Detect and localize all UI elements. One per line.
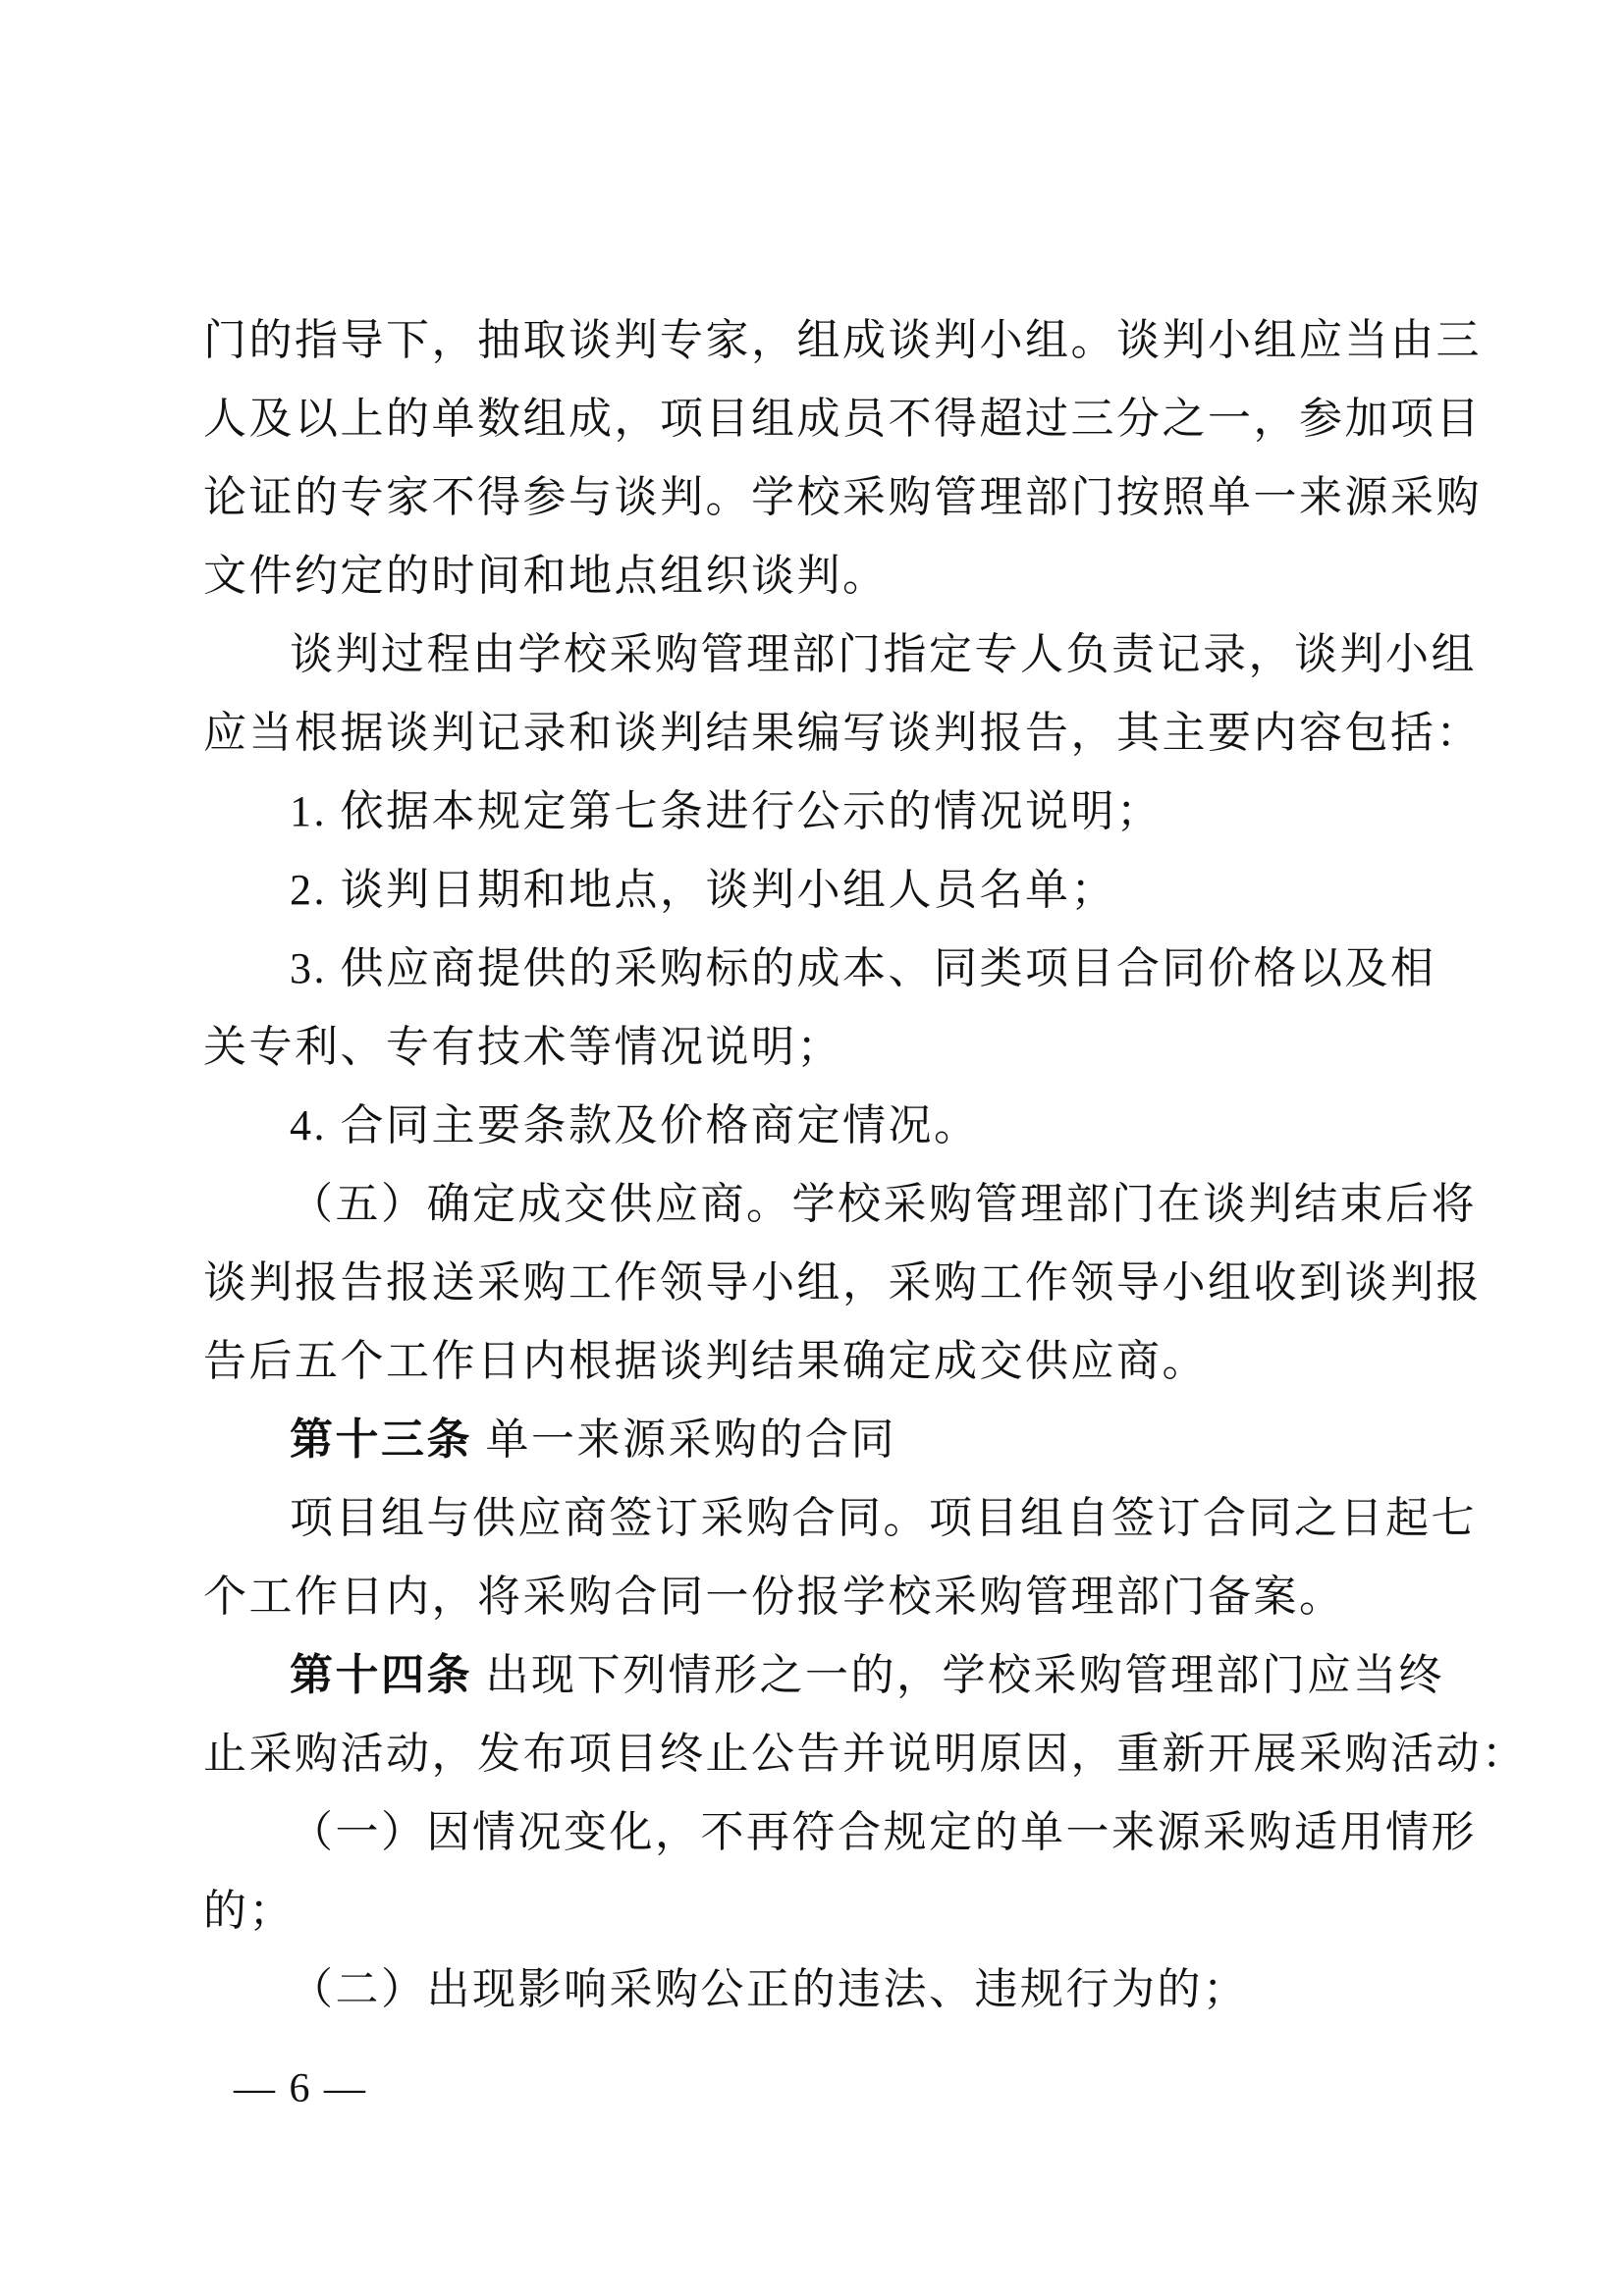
document-body: 门的指导下，抽取谈判专家，组成谈判小组。谈判小组应当由三 人及以上的单数组成，项… <box>203 301 1489 2029</box>
text-line: 项目组与供应商签订采购合同。项目组自签订合同之日起七 <box>203 1479 1489 1558</box>
text-line: 谈判过程由学校采购管理部门指定专人负责记录，谈判小组 <box>203 615 1489 694</box>
line-text: 止采购活动，发布项目终止公告并说明原因，重新开展采购活动： <box>203 1730 1528 1778</box>
text-line: （二）出现影响采购公正的违法、违规行为的； <box>203 1950 1489 2029</box>
line-text: 应当根据谈判记录和谈判结果编写谈判报告，其主要内容包括： <box>203 709 1482 757</box>
line-text: 1. 依据本规定第七条进行公示的情况说明； <box>290 787 1163 835</box>
text-line: 3. 供应商提供的采购标的成本、同类项目合同价格以及相 <box>203 930 1489 1008</box>
line-text: 谈判报告报送采购工作领导小组，采购工作领导小组收到谈判报 <box>203 1258 1482 1307</box>
text-line: 文件约定的时间和地点组织谈判。 <box>203 537 1489 615</box>
line-text: 单一来源采购的合同 <box>472 1415 896 1464</box>
line-text: （五）确定成交供应商。学校采购管理部门在谈判结束后将 <box>290 1180 1477 1228</box>
line-text: 2. 谈判日期和地点，谈判小组人员名单； <box>290 866 1116 914</box>
text-line: 个工作日内，将采购合同一份报学校采购管理部门备案。 <box>203 1558 1489 1636</box>
line-text: （二）出现影响采购公正的违法、违规行为的； <box>290 1965 1249 2013</box>
text-line: （一）因情况变化，不再符合规定的单一来源采购适用情形 <box>203 1793 1489 1872</box>
bold-term: 第十三条 <box>290 1415 472 1464</box>
text-line: 论证的专家不得参与谈判。学校采购管理部门按照单一来源采购 <box>203 458 1489 537</box>
line-text: 人及以上的单数组成，项目组成员不得超过三分之一，参加项目 <box>203 395 1482 443</box>
line-text: 门的指导下，抽取谈判专家，组成谈判小组。谈判小组应当由三 <box>203 316 1482 364</box>
text-line: 第十三条 单一来源采购的合同 <box>203 1401 1489 1479</box>
line-text: 的； <box>203 1887 295 1935</box>
text-line: 第十四条 出现下列情形之一的，学校采购管理部门应当终 <box>203 1636 1489 1715</box>
text-line: 4. 合同主要条款及价格商定情况。 <box>203 1087 1489 1165</box>
line-text: （一）因情况变化，不再符合规定的单一来源采购适用情形 <box>290 1808 1477 1856</box>
text-line: 的； <box>203 1872 1489 1950</box>
line-text: 个工作日内，将采购合同一份报学校采购管理部门备案。 <box>203 1573 1345 1621</box>
line-text: 告后五个工作日内根据谈判结果确定成交供应商。 <box>203 1337 1208 1385</box>
text-line: 关专利、专有技术等情况说明； <box>203 1008 1489 1087</box>
text-line: 告后五个工作日内根据谈判结果确定成交供应商。 <box>203 1322 1489 1401</box>
text-line: 1. 依据本规定第七条进行公示的情况说明； <box>203 773 1489 851</box>
text-line: 人及以上的单数组成，项目组成员不得超过三分之一，参加项目 <box>203 380 1489 458</box>
line-text: 谈判过程由学校采购管理部门指定专人负责记录，谈判小组 <box>290 630 1477 678</box>
document-page: 门的指导下，抽取谈判专家，组成谈判小组。谈判小组应当由三 人及以上的单数组成，项… <box>0 0 1624 2296</box>
page-number: — 6 — <box>234 2059 367 2118</box>
line-text: 出现下列情形之一的，学校采购管理部门应当终 <box>472 1651 1444 1699</box>
line-text: 文件约定的时间和地点组织谈判。 <box>203 552 889 600</box>
line-text: 论证的专家不得参与谈判。学校采购管理部门按照单一来源采购 <box>203 473 1482 521</box>
text-line: （五）确定成交供应商。学校采购管理部门在谈判结束后将 <box>203 1165 1489 1244</box>
line-text: 关专利、专有技术等情况说明； <box>203 1023 842 1071</box>
text-line: 止采购活动，发布项目终止公告并说明原因，重新开展采购活动： <box>203 1715 1489 1793</box>
line-text: 4. 合同主要条款及价格商定情况。 <box>290 1101 980 1149</box>
bold-term: 第十四条 <box>290 1651 472 1699</box>
text-line: 应当根据谈判记录和谈判结果编写谈判报告，其主要内容包括： <box>203 694 1489 773</box>
text-line: 2. 谈判日期和地点，谈判小组人员名单； <box>203 851 1489 930</box>
line-text: 项目组与供应商签订采购合同。项目组自签订合同之日起七 <box>290 1494 1477 1542</box>
text-line: 门的指导下，抽取谈判专家，组成谈判小组。谈判小组应当由三 <box>203 301 1489 380</box>
line-text: 3. 供应商提供的采购标的成本、同类项目合同价格以及相 <box>290 944 1436 992</box>
text-line: 谈判报告报送采购工作领导小组，采购工作领导小组收到谈判报 <box>203 1244 1489 1322</box>
